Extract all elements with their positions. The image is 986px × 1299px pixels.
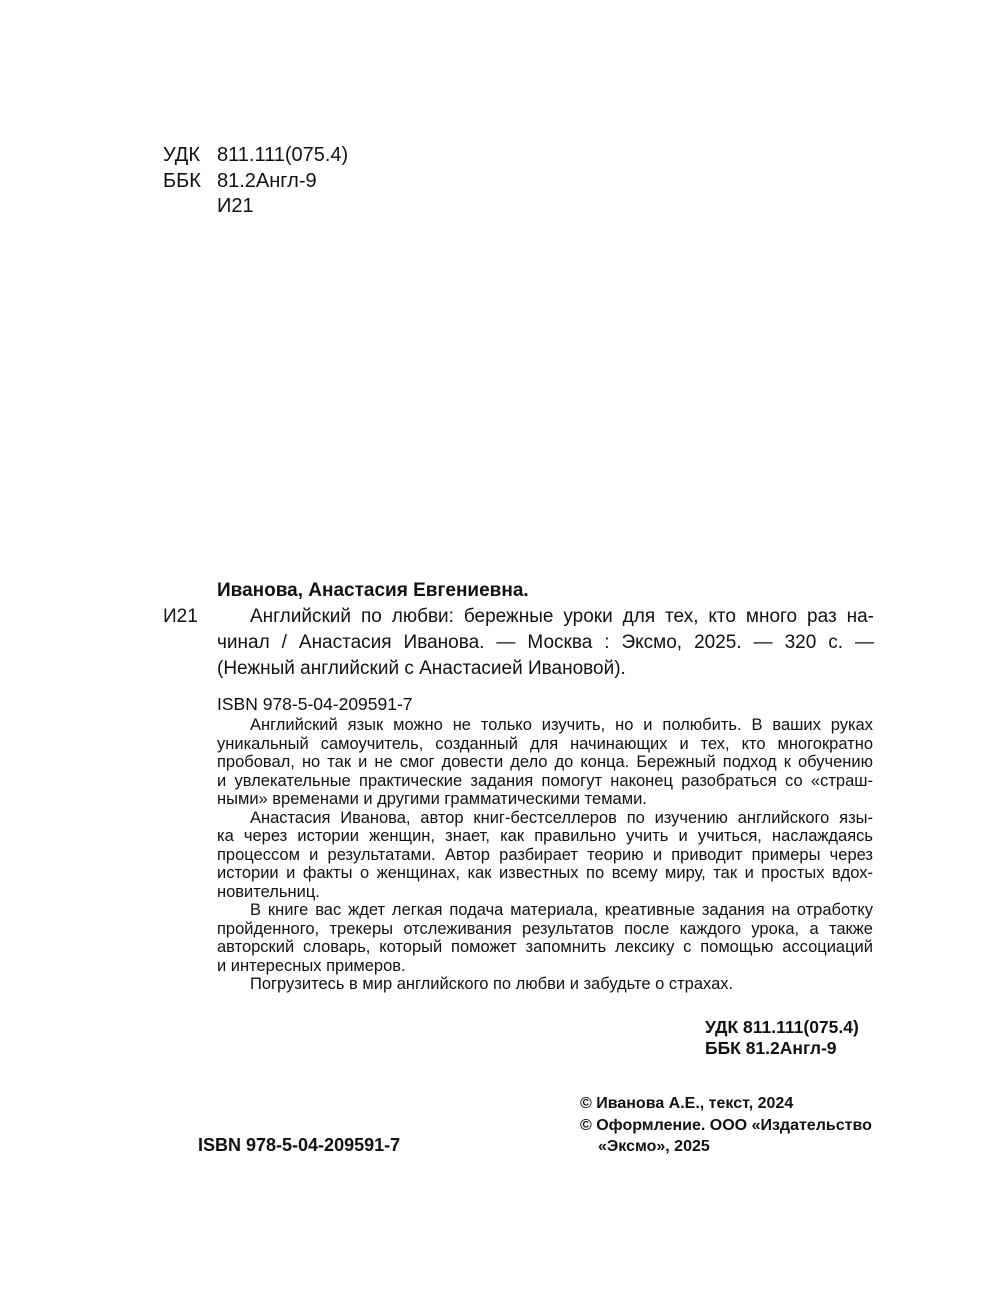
annotation-line: В книге вас ждет легкая подача материала… bbox=[217, 901, 873, 920]
annotation-line: процессом и результатами. Автор разбирае… bbox=[217, 846, 873, 865]
annotation-paragraph: Погрузитесь в мир английского по любви и… bbox=[217, 975, 873, 994]
annotation-line: новительниц. bbox=[217, 883, 873, 902]
annotation-paragraph: Анастасия Иванова, автор книг-бестселлер… bbox=[217, 809, 873, 902]
annotation-line: ными» временами и другими грамматическим… bbox=[217, 790, 873, 809]
annotation-line: и увлекательные практические задания пом… bbox=[217, 772, 873, 791]
author-heading: Иванова, Анастасия Евгениевна. bbox=[217, 578, 874, 604]
isbn-record: ISBN 978-5-04-209591-7 bbox=[217, 691, 874, 717]
udk-code: УДК 811.111(075.4) bbox=[705, 1017, 859, 1038]
annotation-line: и интересных примеров. bbox=[217, 957, 873, 976]
bbk-value: 81.2Англ-9 bbox=[217, 169, 317, 195]
annotation-line: пробовал, но так и не смог довести дело … bbox=[217, 753, 873, 772]
annotation-paragraph: В книге вас ждет легкая подача материала… bbox=[217, 901, 873, 975]
entry-line: (Нежный английский с Анастасией Ивановой… bbox=[217, 656, 874, 682]
annotation-line: Погрузитесь в мир английского по любви и… bbox=[217, 975, 873, 994]
classification-top: УДК 811.111(075.4) ББК 81.2Англ-9 И21 bbox=[163, 143, 348, 220]
bbk-code: ББК 81.2Англ-9 bbox=[705, 1038, 859, 1059]
annotation-paragraph: Английский язык можно не только изучить,… bbox=[217, 716, 873, 809]
annotation-line: Английский язык можно не только изучить,… bbox=[217, 716, 873, 735]
annotation-line: Анастасия Иванова, автор книг-бестселлер… bbox=[217, 809, 873, 828]
copyright-design-cont: «Эксмо», 2025 bbox=[580, 1136, 872, 1158]
entry-line: чинал / Анастасия Иванова. — Москва : Эк… bbox=[217, 630, 874, 656]
classification-bottom: УДК 811.111(075.4) ББК 81.2Англ-9 bbox=[705, 1017, 859, 1059]
annotation: Английский язык можно не только изучить,… bbox=[217, 716, 873, 994]
udk-value: 811.111(075.4) bbox=[217, 143, 348, 169]
copyright-design: © Оформление. ООО «Издательство bbox=[580, 1115, 872, 1137]
author-mark-row: И21 bbox=[163, 194, 348, 220]
udk-label: УДК bbox=[163, 143, 217, 169]
annotation-line: ка через истории женщин, знает, как прав… bbox=[217, 827, 873, 846]
author-mark: И21 bbox=[217, 194, 254, 220]
udk-row: УДК 811.111(075.4) bbox=[163, 143, 348, 169]
copyright-text: © Иванова А.Е., текст, 2024 bbox=[580, 1093, 872, 1115]
bbk-label: ББК bbox=[163, 169, 217, 195]
annotation-line: пройденного, трекеры отслеживания резуль… bbox=[217, 920, 873, 939]
author-mark: И21 bbox=[163, 604, 198, 630]
annotation-line: уникальный самоучитель, созданный для на… bbox=[217, 735, 873, 754]
annotation-line: истории и факты о женщинах, как известны… bbox=[217, 864, 873, 883]
entry-line: Английский по любви: бережные уроки для … bbox=[217, 604, 874, 630]
isbn-bottom: ISBN 978-5-04-209591-7 bbox=[198, 1135, 400, 1156]
copyright-block: © Иванова А.Е., текст, 2024 © Оформление… bbox=[580, 1093, 872, 1158]
bibliographic-entry: И21 Английский по любви: бережные уроки … bbox=[217, 604, 874, 682]
annotation-line: авторский словарь, который поможет запом… bbox=[217, 938, 873, 957]
bbk-row: ББК 81.2Англ-9 bbox=[163, 169, 348, 195]
bibliographic-record: Иванова, Анастасия Евгениевна. И21 Англи… bbox=[163, 578, 874, 717]
